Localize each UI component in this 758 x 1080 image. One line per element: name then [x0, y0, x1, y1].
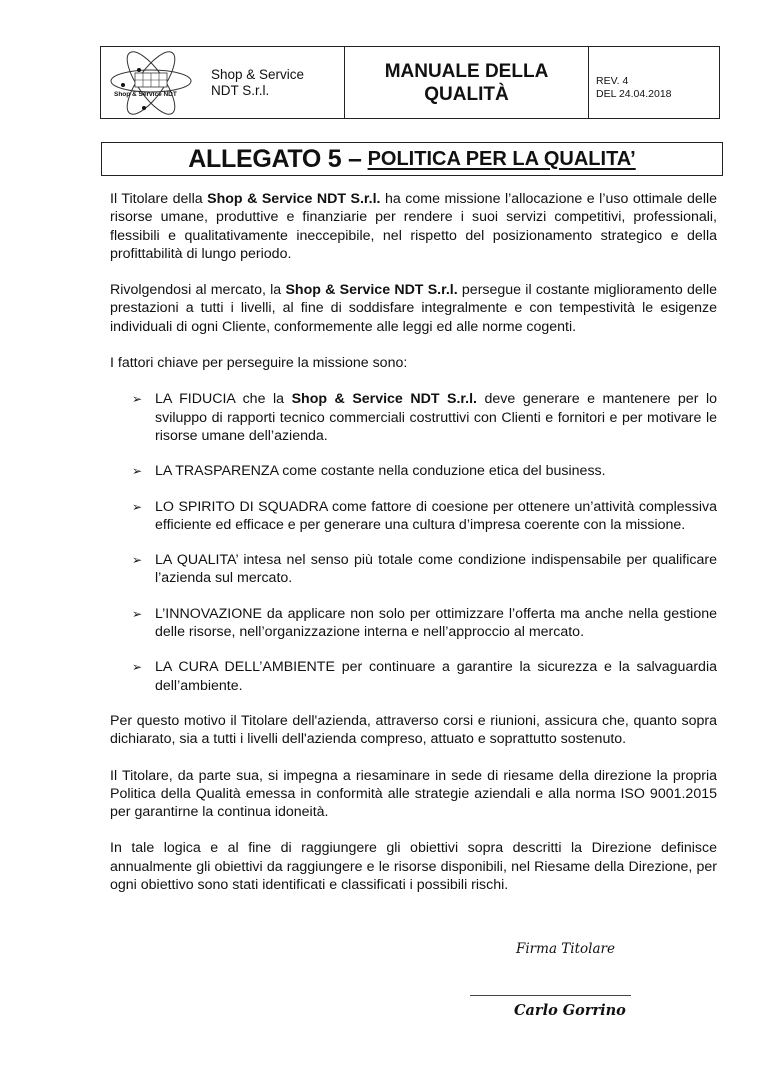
text: LO SPIRITO DI SQUADRA come fattore di co…	[155, 499, 717, 533]
header-revision-cell: REV. 4 DEL 24.04.2018	[589, 47, 719, 118]
header-company-cell: Shop & Service NDT Shop & Service NDT S.…	[101, 47, 345, 118]
signature-line	[470, 995, 631, 996]
arrow-bullet-icon: ➢	[132, 605, 142, 623]
key-factor-item: ➢LO SPIRITO DI SQUADRA come fattore di c…	[110, 498, 717, 535]
key-factor-item: ➢L’INNOVAZIONE da applicare non solo per…	[110, 605, 717, 642]
key-factor-item: ➢LA TRASPARENZA come costante nella cond…	[110, 462, 717, 480]
signature-label: Firma Titolare	[516, 941, 615, 957]
text: Rivolgendosi al mercato, la	[110, 282, 285, 298]
signature-name: Carlo Gorrino	[514, 1002, 626, 1019]
key-factor-item: ➢LA FIDUCIA che la Shop & Service NDT S.…	[110, 390, 717, 445]
revision-number: REV. 4	[596, 75, 719, 88]
paragraph-mission: Il Titolare della Shop & Service NDT S.r…	[110, 190, 717, 263]
text: LA CURA DELL’AMBIENTE per continuare a g…	[155, 659, 717, 693]
company-name: Shop & Service NDT S.r.l.	[211, 67, 304, 99]
company-name-line1: Shop & Service	[211, 67, 304, 83]
revision-date: DEL 24.04.2018	[596, 88, 719, 101]
paragraph-key-factors-intro: I fattori chiave per perseguire la missi…	[110, 354, 717, 372]
attachment-subtitle: POLITICA PER LA QUALITA’	[368, 148, 636, 171]
key-factor-item: ➢LA QUALITA’ intesa nel senso più totale…	[110, 551, 717, 588]
text: LA QUALITA’ intesa nel senso più totale …	[155, 552, 717, 586]
arrow-bullet-icon: ➢	[132, 498, 142, 516]
key-factors-list: ➢LA FIDUCIA che la Shop & Service NDT S.…	[110, 390, 717, 695]
paragraph-objectives: In tale logica e al fine di raggiungere …	[110, 839, 717, 894]
text: LA FIDUCIA che la	[155, 391, 292, 407]
text: LA TRASPARENZA come costante nella condu…	[155, 463, 606, 479]
company-bold: Shop & Service NDT S.r.l.	[207, 191, 380, 207]
logo-text: Shop & Service NDT	[114, 91, 177, 98]
text: L’INNOVAZIONE da applicare non solo per …	[155, 606, 717, 640]
paragraph-commitment: Per questo motivo il Titolare dell'azien…	[110, 712, 717, 749]
header-title-cell: MANUALE DELLA QUALITÀ	[345, 47, 589, 118]
document-header: Shop & Service NDT Shop & Service NDT S.…	[100, 46, 720, 119]
company-bold: Shop & Service NDT S.r.l.	[285, 282, 457, 298]
text: Il Titolare della	[110, 191, 207, 207]
paragraph-market: Rivolgendosi al mercato, la Shop & Servi…	[110, 281, 717, 336]
arrow-bullet-icon: ➢	[132, 658, 142, 676]
manual-title-line1: MANUALE DELLA	[385, 60, 549, 83]
paragraph-review: Il Titolare, da parte sua, si impegna a …	[110, 767, 717, 822]
manual-title-line2: QUALITÀ	[424, 83, 508, 106]
arrow-bullet-icon: ➢	[132, 551, 142, 569]
arrow-bullet-icon: ➢	[132, 390, 142, 408]
arrow-bullet-icon: ➢	[132, 462, 142, 480]
atom-orbit-logo-icon: Shop & Service NDT	[105, 48, 197, 118]
attachment-number: ALLEGATO 5 –	[188, 145, 361, 174]
page-title: ALLEGATO 5 – POLITICA PER LA QUALITA’	[101, 142, 723, 176]
company-bold: Shop & Service NDT S.r.l.	[292, 391, 477, 407]
key-factor-item: ➢LA CURA DELL’AMBIENTE per continuare a …	[110, 658, 717, 695]
company-name-line2: NDT S.r.l.	[211, 83, 304, 99]
document-body: Il Titolare della Shop & Service NDT S.r…	[110, 190, 717, 894]
